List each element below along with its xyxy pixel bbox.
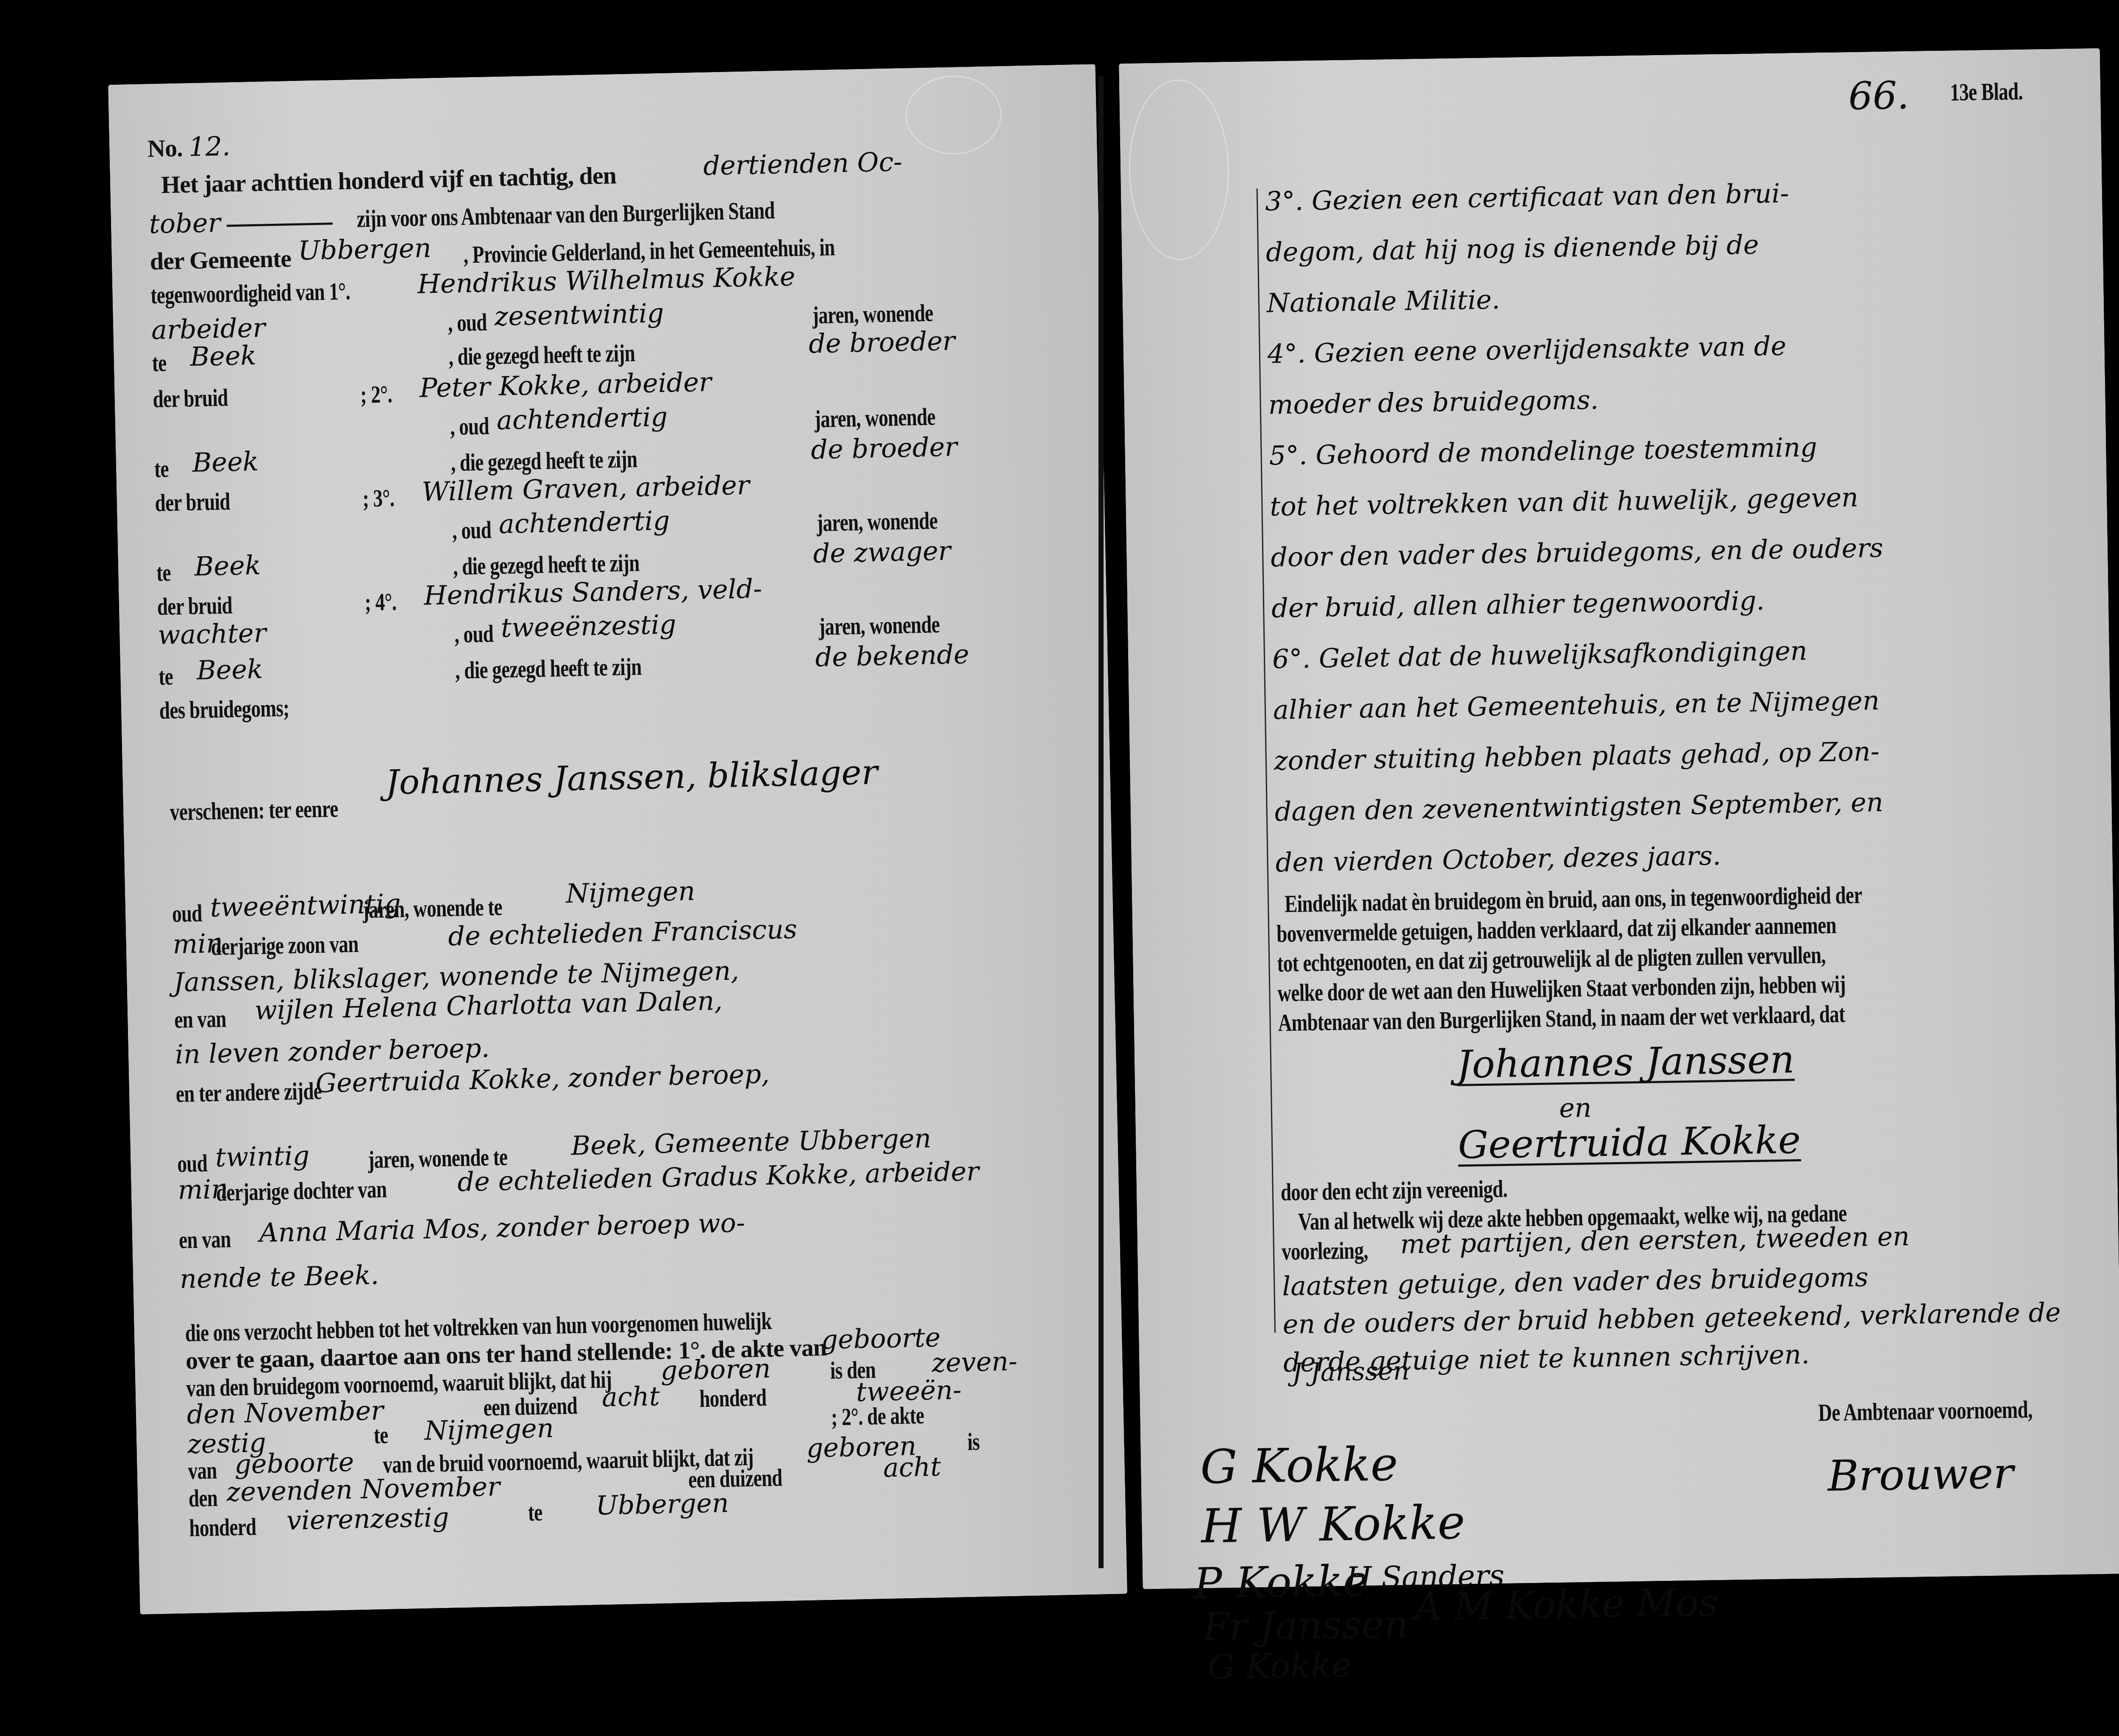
signature-bride: G Kokke: [1200, 1437, 1399, 1494]
closing-hand-1: met partijen, den eersten, tweeden en: [1400, 1223, 1910, 1257]
signature-witness-2: P Kokke: [1193, 1556, 1368, 1608]
witness-3-name: Willem Graven, arbeider: [422, 472, 750, 505]
derjarige-dochter-label: derjarige dochter van: [216, 1177, 387, 1205]
item-5-line-4: der bruid, allen alhier tegenwoordig.: [1271, 587, 1765, 621]
honderd-label: honderd: [699, 1385, 767, 1411]
right-page: 66. 13e Blad. 3°. Gezien een certificaat…: [1119, 48, 2119, 1589]
door-den-echt: door den echt zijn vereenigd.: [1280, 1177, 1507, 1205]
gemeente-name: Ubbergen: [298, 235, 432, 264]
signature-bride-mother: A M Kokke Mos: [1414, 1580, 1718, 1629]
honderd-label: honderd: [189, 1514, 256, 1540]
te-label: te: [152, 351, 167, 376]
en-van-label: en van: [179, 1227, 231, 1253]
intro-printed: Het jaar achttien honderd vijf en tachti…: [161, 161, 616, 198]
witness-3-residence: Beek: [194, 552, 261, 580]
sep-2: ; 2°.: [360, 382, 392, 407]
sep-3: ; 3°.: [362, 486, 395, 511]
signature-bride-father: G Kokke: [1207, 1645, 1352, 1687]
te-label: te: [156, 560, 171, 585]
bride-age: twintig: [215, 1143, 309, 1171]
item-6-line-3: zonder stuiting hebben plaats gehad, op …: [1274, 738, 1880, 774]
ter-andere-zijde-label: en ter andere zijde: [175, 1079, 322, 1106]
witness-1-residence: Beek: [190, 342, 257, 370]
gemeente-line: der Gemeente: [150, 246, 291, 274]
oud-label: oud: [177, 1151, 208, 1176]
item-6-line-5: den vierden October, dezes jaars.: [1275, 843, 1721, 876]
oud-label: , oud: [452, 517, 492, 543]
oud-label: oud: [172, 901, 202, 926]
book-gutter: [1098, 76, 1104, 1568]
sep-4: ; 4°.: [364, 590, 397, 615]
declaration-line-2: bovenvermelde getuigen, hadden verklaard…: [1276, 913, 1836, 946]
den-label: den: [188, 1486, 217, 1511]
jaren-wonende-label: jaren, wonende: [819, 612, 940, 639]
item-5-line-2: tot het voltrekken van dit huwelijk, geg…: [1270, 484, 1858, 520]
embossed-seal: [1128, 79, 1231, 261]
act-number: No. 12.: [147, 133, 231, 161]
witness-2-name: Peter Kokke, arbeider: [420, 369, 712, 401]
witness-2-age: achtendertig: [496, 404, 668, 434]
signature-witness-1: H W Kokke: [1201, 1495, 1466, 1554]
te-label: te: [159, 664, 173, 689]
witness-3-age: achtendertig: [498, 507, 670, 537]
die-gezegd-label: , die gezegd heeft te zijn: [455, 654, 642, 683]
jaren-wonende-label: jaren, wonende: [816, 508, 937, 535]
bride-mother: Anna Maria Mos, zonder beroep wo-: [259, 1210, 745, 1246]
item-4-line-1: 4°. Gezien eene overlijdensakte van de: [1267, 333, 1786, 367]
spouse-1-name: Johannes Janssen: [1457, 1040, 1795, 1086]
jaren-wonende-label: jaren, wonende: [812, 300, 933, 328]
groom-birth-day: zeven-: [932, 1348, 1018, 1376]
item-6-line-2: alhier aan het Gemeentehuis, en te Nijme…: [1273, 687, 1880, 723]
spouse-2-name: Geertruida Kokke: [1457, 1121, 1801, 1167]
item-3-line-2: degom, dat hij nog is dienende bij de: [1266, 231, 1759, 265]
date-day: dertienden Oc-: [703, 149, 903, 179]
witness-1-relation: de broeder: [809, 328, 956, 357]
witness-1-name: Hendrikus Wilhelmus Kokke: [417, 263, 795, 298]
zijn-voor-ons: zijn voor ons Ambtenaar van den Burgerli…: [356, 198, 775, 231]
witness-4-residence: Beek: [196, 656, 263, 684]
item-5-line-1: 5°. Gehoord de mondelinge toestemming: [1269, 434, 1817, 469]
witness-1-relation-of: der bruid: [153, 385, 228, 412]
declaration-line-4: welke door de wet aan den Huwelijken Sta…: [1277, 972, 1846, 1005]
witness-3-relation: de zwager: [813, 538, 951, 567]
witness-1-occupation: arbeider: [151, 314, 265, 343]
verschenen-label: verschenen: ter eenre: [170, 796, 338, 824]
witness-2-relation: de broeder: [811, 434, 958, 463]
act-number-label: No.: [147, 134, 183, 162]
te-label: te: [154, 456, 169, 481]
date-month: tober: [149, 207, 221, 240]
signature-groom-father: Fr Janssen: [1202, 1602, 1409, 1650]
oud-label: , oud: [448, 310, 487, 335]
signature-ambtenaar: Brouwer: [1827, 1448, 2014, 1501]
jaren-wonende-te-label: jaren, wonende te: [362, 895, 502, 922]
item-5-line-3: door den vader des bruidegoms, en de oud…: [1271, 535, 1883, 571]
declaration-line-1: Eindelijk nadat èn bruidegom èn bruid, a…: [1285, 883, 1862, 916]
groom-geboren: geboren: [660, 1355, 771, 1384]
intro-line-1: Het jaar achttien honderd vijf en tachti…: [161, 163, 616, 197]
item-3-line-3: Nationale Militie.: [1266, 287, 1500, 317]
signature-groom: J Janssen: [1292, 1356, 1410, 1388]
witness-2-relation-of: der bruid: [155, 489, 230, 515]
groom-residence: Nijmegen: [566, 878, 695, 907]
item-3-line-1: 3°. Gezien een certificaat van den brui-: [1265, 180, 1789, 214]
witness-4-name: Hendrikus Sanders, veld-: [424, 576, 762, 609]
groom-akte-type: geboorte: [821, 1324, 941, 1353]
groom-name: Johannes Janssen, blikslager: [385, 755, 878, 799]
item-6-line-1: 6°. Gelet dat de huwelijksafkondigingen: [1272, 638, 1808, 673]
groom-mother-line-2: in leven zonder beroep.: [175, 1035, 490, 1068]
oud-label: , oud: [454, 621, 494, 647]
ambtenaar-label: De Ambtenaar voornoemd,: [1818, 1397, 2033, 1425]
die-gezegd-label: , die gezegd heeft te zijn: [450, 447, 637, 475]
groom-birth-month: den November: [186, 1397, 384, 1428]
groom-birth-place: Nijmegen: [424, 1415, 554, 1444]
witness-3-relation-of: der bruid: [157, 593, 232, 619]
groom-birth-year: tweeën-: [856, 1377, 962, 1405]
bride-birth-date: zevenden November: [226, 1473, 500, 1505]
en-van-label: en van: [174, 1007, 226, 1032]
left-page: No. 12. Het jaar achttien honderd vijf e…: [108, 64, 1127, 1614]
tegenwoordigheid-label: tegenwoordigheid van 1°.: [150, 279, 350, 308]
bride-father: de echtelieden Gradus Kokke, arbeider: [457, 1158, 979, 1196]
witness-4-relation-of: des bruidegoms;: [159, 696, 289, 723]
closing-voorlezing: voorlezing,: [1282, 1238, 1368, 1264]
derjarige-zoon-label: derjarige zoon van: [211, 932, 359, 959]
van-label: van: [188, 1458, 217, 1483]
closing-hand-2: laatsten getuige, den vader des bruidego…: [1282, 1264, 1869, 1300]
act-number-value: 12.: [188, 131, 231, 162]
folio-number: 66.: [1848, 77, 1910, 116]
akte-2-label: ; 2°. de akte: [831, 1403, 924, 1430]
bride-residence: Beek, Gemeente Ubbergen: [571, 1125, 932, 1159]
intro-line-2: tober: [149, 207, 333, 237]
witness-4-relation: de bekende: [815, 641, 969, 671]
witness-4-age: tweeënzestig: [501, 611, 676, 641]
item-6-line-4: dagen den zevenentwintigsten September, …: [1274, 789, 1883, 825]
der-gemeente-label: der Gemeente: [150, 245, 291, 275]
te-label: te: [528, 1500, 542, 1525]
jaren-wonende-label: jaren, wonende: [814, 404, 935, 431]
oud-label: , oud: [450, 414, 489, 439]
bride-name: Geertruida Kokke, zonder beroep,: [315, 1061, 770, 1096]
is-label: is: [967, 1430, 980, 1455]
die-gezegd-label: , die gezegd heeft te zijn: [448, 341, 635, 369]
declaration-line-3: tot echtgenooten, en dat zij getrouwelij…: [1277, 943, 1826, 976]
blad-label: 13e Blad.: [1950, 79, 2023, 105]
witness-1-age: zesentwintig: [494, 300, 664, 330]
declaration-line-5: Ambtenaar van den Burgerlijken Stand, in…: [1278, 1002, 1845, 1035]
bride-akte-type: geboorte: [234, 1449, 354, 1478]
item-4-line-2: moeder des bruidegoms.: [1268, 387, 1599, 418]
witness-4-occupation: wachter: [158, 620, 267, 648]
bride-mother-line-2: nende te Beek.: [179, 1262, 379, 1292]
groom-parents-line-1: de echtelieden Franciscus: [448, 916, 798, 949]
te-label: te: [373, 1423, 388, 1448]
closing-hand-3: en de ouders der bruid hebben geteekend,…: [1282, 1299, 2061, 1338]
en-connector: en: [1559, 1095, 1592, 1121]
witness-2-residence: Beek: [192, 448, 259, 476]
die-gezegd-label: , die gezegd heeft te zijn: [453, 551, 640, 579]
groom-mother: wijlen Helena Charlotta van Dalen,: [254, 988, 723, 1024]
bride-birth-year: vierenzestig: [286, 1504, 449, 1534]
bride-birth-place: Ubbergen: [595, 1490, 729, 1519]
bride-birth-century: acht: [883, 1454, 941, 1481]
embossed-seal: [905, 75, 1002, 156]
groom-birth-century: acht: [601, 1383, 660, 1410]
